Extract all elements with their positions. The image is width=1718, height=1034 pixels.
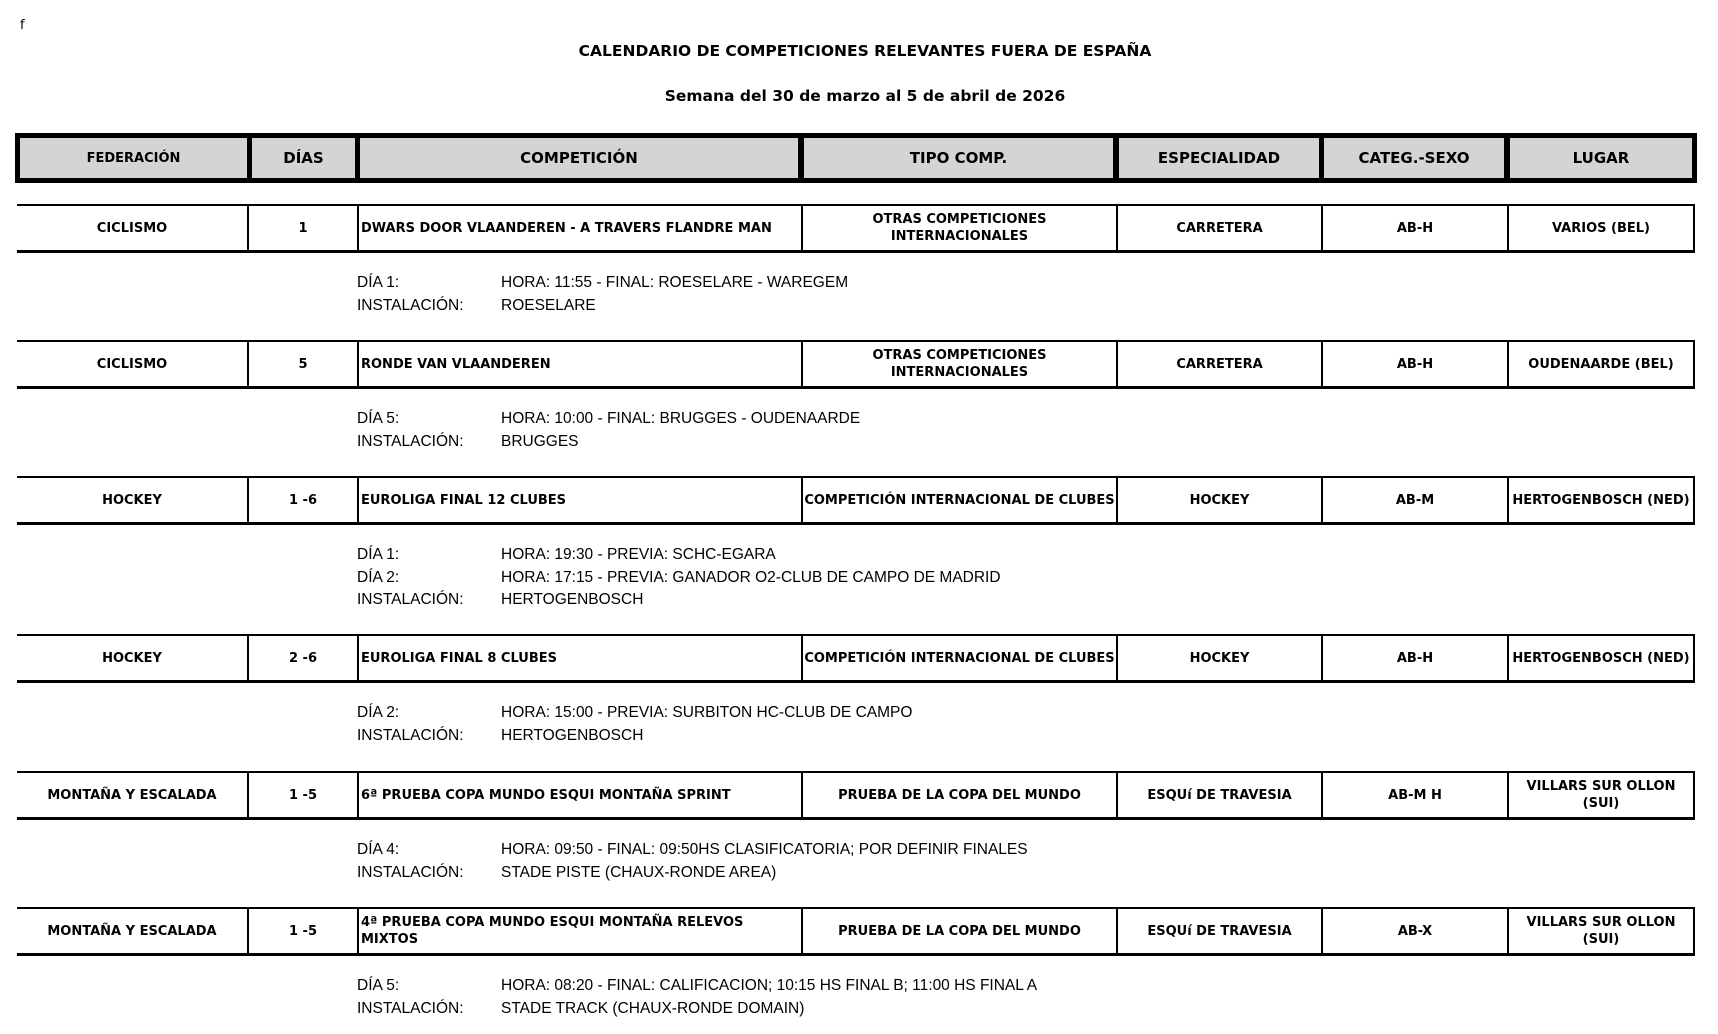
categ-text: AB-H — [1397, 650, 1433, 667]
dias-text: 1 -6 — [289, 492, 317, 509]
cell-categ: AB-H — [1321, 636, 1507, 680]
detail-label: DÍA 5: — [357, 975, 501, 998]
detail-line: INSTALACIÓN:ROESELARE — [357, 295, 848, 318]
detail-label: INSTALACIÓN: — [357, 862, 501, 885]
cell-federacion: CICLISMO — [17, 206, 247, 250]
detail-line: DÍA 2:HORA: 15:00 - PREVIA: SURBITON HC-… — [357, 702, 912, 725]
detail-line: DÍA 5:HORA: 10:00 - FINAL: BRUGGES - OUD… — [357, 408, 860, 431]
cell-competicion: EUROLIGA FINAL 12 CLUBES — [357, 478, 801, 522]
detail-label: DÍA 4: — [357, 839, 501, 862]
header-especialidad: ESPECIALIDAD — [1119, 138, 1319, 178]
cell-dias: 1 — [247, 206, 357, 250]
detail-value: HERTOGENBOSCH — [501, 727, 643, 744]
cell-lugar: OUDENAARDE (BEL) — [1507, 342, 1695, 386]
detail-value: HORA: 15:00 - PREVIA: SURBITON HC-CLUB D… — [501, 704, 912, 721]
cell-categ: AB-H — [1321, 342, 1507, 386]
competicion-text: EUROLIGA FINAL 8 CLUBES — [361, 650, 557, 667]
especialidad-text: CARRETERA — [1176, 356, 1262, 373]
detail-value: HORA: 17:15 - PREVIA: GANADOR O2-CLUB DE… — [501, 569, 1001, 586]
detail-value: HORA: 10:00 - FINAL: BRUGGES - OUDENAARD… — [501, 410, 860, 427]
dias-text: 1 -5 — [289, 923, 317, 940]
detail-label: DÍA 1: — [357, 544, 501, 567]
cell-dias: 1 -6 — [247, 478, 357, 522]
cell-categ: AB-X — [1321, 909, 1507, 953]
detail-label: INSTALACIÓN: — [357, 295, 501, 318]
competition-details: DÍA 2:HORA: 15:00 - PREVIA: SURBITON HC-… — [357, 702, 912, 747]
detail-label: INSTALACIÓN: — [357, 998, 501, 1021]
categ-text: AB-M H — [1388, 787, 1442, 804]
header-lugar: LUGAR — [1510, 138, 1692, 178]
detail-value: HORA: 08:20 - FINAL: CALIFICACION; 10:15… — [501, 977, 1037, 994]
dias-text: 1 -5 — [289, 787, 317, 804]
detail-value: HERTOGENBOSCH — [501, 591, 643, 608]
federacion-text: CICLISMO — [97, 220, 167, 237]
tipo-text: COMPETICIÓN INTERNACIONAL DE CLUBES — [804, 650, 1114, 667]
categ-text: AB-M — [1396, 492, 1434, 509]
page-title: CALENDARIO DE COMPETICIONES RELEVANTES F… — [0, 42, 1718, 60]
cell-tipo: COMPETICIÓN INTERNACIONAL DE CLUBES — [801, 478, 1116, 522]
cell-lugar: VARIOS (BEL) — [1507, 206, 1695, 250]
lugar-text: VARIOS (BEL) — [1552, 220, 1650, 237]
competition-details: DÍA 1:HORA: 11:55 - FINAL: ROESELARE - W… — [357, 272, 848, 317]
cell-especialidad: CARRETERA — [1116, 206, 1321, 250]
cell-federacion: CICLISMO — [17, 342, 247, 386]
categ-text: AB-H — [1397, 220, 1433, 237]
cell-tipo: PRUEBA DE LA COPA DEL MUNDO — [801, 773, 1116, 817]
detail-line: DÍA 5:HORA: 08:20 - FINAL: CALIFICACION;… — [357, 975, 1037, 998]
especialidad-text: ESQUí DE TRAVESIA — [1147, 923, 1291, 940]
tipo-text: OTRAS COMPETICIONES INTERNACIONALES — [803, 211, 1116, 245]
detail-value: HORA: 19:30 - PREVIA: SCHC-EGARA — [501, 546, 776, 563]
table-row: CICLISMO1DWARS DOOR VLAANDEREN - A TRAVE… — [17, 204, 1695, 253]
detail-label: DÍA 5: — [357, 408, 501, 431]
competicion-text: EUROLIGA FINAL 12 CLUBES — [361, 492, 566, 509]
cell-competicion: DWARS DOOR VLAANDEREN - A TRAVERS FLANDR… — [357, 206, 801, 250]
detail-value: HORA: 09:50 - FINAL: 09:50HS CLASIFICATO… — [501, 841, 1028, 858]
detail-line: INSTALACIÓN:STADE PISTE (CHAUX-RONDE ARE… — [357, 862, 1028, 885]
detail-label: INSTALACIÓN: — [357, 725, 501, 748]
table-row: MONTAÑA Y ESCALADA1 -56ª PRUEBA COPA MUN… — [17, 771, 1695, 820]
detail-line: DÍA 1:HORA: 11:55 - FINAL: ROESELARE - W… — [357, 272, 848, 295]
detail-line: INSTALACIÓN:HERTOGENBOSCH — [357, 725, 912, 748]
detail-label: INSTALACIÓN: — [357, 589, 501, 612]
federacion-text: HOCKEY — [102, 650, 162, 667]
cell-especialidad: ESQUí DE TRAVESIA — [1116, 909, 1321, 953]
header-tipo: TIPO COMP. — [804, 138, 1113, 178]
cell-tipo: PRUEBA DE LA COPA DEL MUNDO — [801, 909, 1116, 953]
federacion-text: HOCKEY — [102, 492, 162, 509]
detail-line: INSTALACIÓN:STADE TRACK (CHAUX-RONDE DOM… — [357, 998, 1037, 1021]
cell-dias: 2 -6 — [247, 636, 357, 680]
cell-federacion: MONTAÑA Y ESCALADA — [17, 909, 247, 953]
tipo-text: PRUEBA DE LA COPA DEL MUNDO — [838, 923, 1081, 940]
competicion-text: 6ª PRUEBA COPA MUNDO ESQUI MONTAÑA SPRIN… — [361, 787, 731, 804]
header-competicion: COMPETICIÓN — [360, 138, 798, 178]
cell-competicion: RONDE VAN VLAANDEREN — [357, 342, 801, 386]
federacion-text: CICLISMO — [97, 356, 167, 373]
competition-details: DÍA 1:HORA: 19:30 - PREVIA: SCHC-EGARADÍ… — [357, 544, 1001, 612]
categ-text: AB-X — [1398, 923, 1432, 940]
dias-text: 1 — [298, 220, 307, 237]
cell-especialidad: CARRETERA — [1116, 342, 1321, 386]
table-row: CICLISMO5RONDE VAN VLAANDERENOTRAS COMPE… — [17, 340, 1695, 389]
federacion-text: MONTAÑA Y ESCALADA — [47, 923, 216, 940]
categ-text: AB-H — [1397, 356, 1433, 373]
especialidad-text: CARRETERA — [1176, 220, 1262, 237]
detail-line: INSTALACIÓN:BRUGGES — [357, 431, 860, 454]
cell-lugar: VILLARS SUR OLLON (SUI) — [1507, 773, 1695, 817]
cell-categ: AB-M H — [1321, 773, 1507, 817]
tipo-text: PRUEBA DE LA COPA DEL MUNDO — [838, 787, 1081, 804]
federacion-text: MONTAÑA Y ESCALADA — [47, 787, 216, 804]
detail-line: DÍA 1:HORA: 19:30 - PREVIA: SCHC-EGARA — [357, 544, 1001, 567]
detail-line: DÍA 4:HORA: 09:50 - FINAL: 09:50HS CLASI… — [357, 839, 1028, 862]
cell-federacion: HOCKEY — [17, 636, 247, 680]
header-dias: DÍAS — [252, 138, 355, 178]
cell-tipo: OTRAS COMPETICIONES INTERNACIONALES — [801, 342, 1116, 386]
detail-label: INSTALACIÓN: — [357, 431, 501, 454]
lugar-text: HERTOGENBOSCH (NED) — [1512, 650, 1689, 667]
cell-especialidad: HOCKEY — [1116, 636, 1321, 680]
detail-value: STADE PISTE (CHAUX-RONDE AREA) — [501, 864, 776, 881]
competicion-text: RONDE VAN VLAANDEREN — [361, 356, 551, 373]
competicion-text: 4ª PRUEBA COPA MUNDO ESQUI MONTAÑA RELEV… — [361, 914, 801, 948]
detail-label: DÍA 2: — [357, 567, 501, 590]
cell-competicion: 4ª PRUEBA COPA MUNDO ESQUI MONTAÑA RELEV… — [357, 909, 801, 953]
detail-label: DÍA 1: — [357, 272, 501, 295]
cell-lugar: HERTOGENBOSCH (NED) — [1507, 636, 1695, 680]
detail-line: DÍA 2:HORA: 17:15 - PREVIA: GANADOR O2-C… — [357, 567, 1001, 590]
header-categ: CATEG.-SEXO — [1324, 138, 1504, 178]
table-row: MONTAÑA Y ESCALADA1 -54ª PRUEBA COPA MUN… — [17, 907, 1695, 956]
tipo-text: COMPETICIÓN INTERNACIONAL DE CLUBES — [804, 492, 1114, 509]
lugar-text: OUDENAARDE (BEL) — [1528, 356, 1673, 373]
cell-especialidad: HOCKEY — [1116, 478, 1321, 522]
competicion-text: DWARS DOOR VLAANDEREN - A TRAVERS FLANDR… — [361, 220, 772, 237]
competition-details: DÍA 4:HORA: 09:50 - FINAL: 09:50HS CLASI… — [357, 839, 1028, 884]
detail-label: DÍA 2: — [357, 702, 501, 725]
corner-mark: f — [20, 18, 25, 33]
cell-lugar: HERTOGENBOSCH (NED) — [1507, 478, 1695, 522]
lugar-text: VILLARS SUR OLLON (SUI) — [1509, 778, 1693, 812]
tipo-text: OTRAS COMPETICIONES INTERNACIONALES — [803, 347, 1116, 381]
competition-details: DÍA 5:HORA: 08:20 - FINAL: CALIFICACION;… — [357, 975, 1037, 1020]
page-subtitle: Semana del 30 de marzo al 5 de abril de … — [0, 87, 1718, 105]
detail-value: HORA: 11:55 - FINAL: ROESELARE - WAREGEM — [501, 274, 848, 291]
cell-tipo: OTRAS COMPETICIONES INTERNACIONALES — [801, 206, 1116, 250]
cell-categ: AB-H — [1321, 206, 1507, 250]
detail-value: STADE TRACK (CHAUX-RONDE DOMAIN) — [501, 1000, 804, 1017]
cell-categ: AB-M — [1321, 478, 1507, 522]
lugar-text: HERTOGENBOSCH (NED) — [1512, 492, 1689, 509]
especialidad-text: HOCKEY — [1190, 650, 1250, 667]
cell-especialidad: ESQUí DE TRAVESIA — [1116, 773, 1321, 817]
cell-federacion: HOCKEY — [17, 478, 247, 522]
detail-value: BRUGGES — [501, 433, 579, 450]
cell-dias: 1 -5 — [247, 773, 357, 817]
dias-text: 2 -6 — [289, 650, 317, 667]
especialidad-text: HOCKEY — [1190, 492, 1250, 509]
competition-details: DÍA 5:HORA: 10:00 - FINAL: BRUGGES - OUD… — [357, 408, 860, 453]
cell-lugar: VILLARS SUR OLLON (SUI) — [1507, 909, 1695, 953]
detail-line: INSTALACIÓN:HERTOGENBOSCH — [357, 589, 1001, 612]
table-header: FEDERACIÓN DÍAS COMPETICIÓN TIPO COMP. E… — [15, 133, 1697, 183]
cell-dias: 5 — [247, 342, 357, 386]
dias-text: 5 — [298, 356, 307, 373]
cell-federacion: MONTAÑA Y ESCALADA — [17, 773, 247, 817]
cell-dias: 1 -5 — [247, 909, 357, 953]
header-federacion: FEDERACIÓN — [20, 138, 247, 178]
table-row: HOCKEY2 -6EUROLIGA FINAL 8 CLUBESCOMPETI… — [17, 634, 1695, 683]
detail-value: ROESELARE — [501, 297, 596, 314]
cell-competicion: 6ª PRUEBA COPA MUNDO ESQUI MONTAÑA SPRIN… — [357, 773, 801, 817]
cell-competicion: EUROLIGA FINAL 8 CLUBES — [357, 636, 801, 680]
especialidad-text: ESQUí DE TRAVESIA — [1147, 787, 1291, 804]
cell-tipo: COMPETICIÓN INTERNACIONAL DE CLUBES — [801, 636, 1116, 680]
table-row: HOCKEY1 -6EUROLIGA FINAL 12 CLUBESCOMPET… — [17, 476, 1695, 525]
lugar-text: VILLARS SUR OLLON (SUI) — [1509, 914, 1693, 948]
